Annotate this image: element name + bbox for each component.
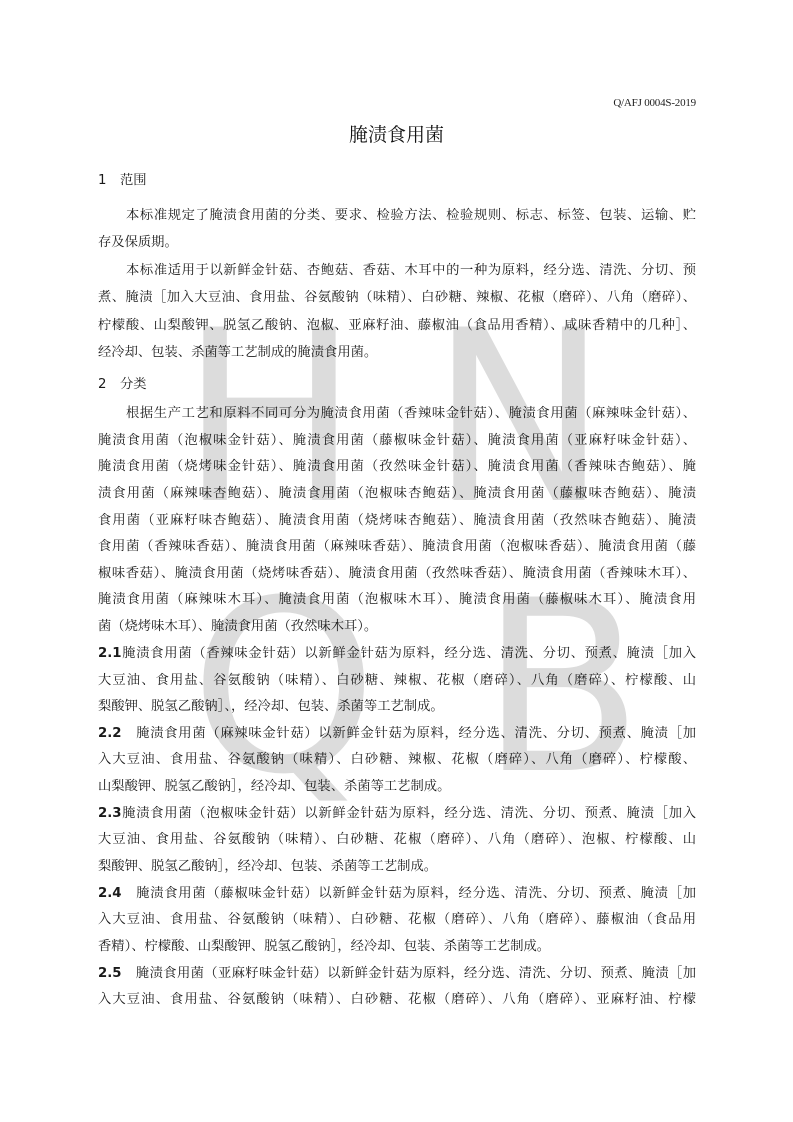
document-title: 腌渍食用菌 xyxy=(0,120,793,147)
clause-number: 2.2 xyxy=(98,726,122,741)
paragraph-line: 入大豆油、食用盐、谷氨酸钠（味精）、白砂糖、花椒（磨碎）、八角（磨碎）、藤椒油（… xyxy=(98,910,696,930)
clause-2-1-line: 2.1腌渍食用菌（香辣味金针菇）以新鲜金针菇为原料，经分选、清洗、分切、预煮、腌… xyxy=(98,644,696,664)
paragraph-line: 腌渍食用菌（泡椒味金针菇）、腌渍食用菌（藤椒味金针菇）、腌渍食用菌（亚麻籽味金针… xyxy=(98,431,696,451)
paragraph-line: 山梨酸钾、脱氢乙酸钠］，经冷却、包装、杀菌等工艺制成。 xyxy=(98,777,696,797)
clause-number: 2.4 xyxy=(98,886,122,901)
section-title: 范围 xyxy=(120,173,147,188)
document-page: H N Q B Q/AFJ 0004S-2019 腌渍食用菌 1范围 本标准规定… xyxy=(0,0,793,1122)
paragraph-line: 柠檬酸、山梨酸钾、脱氢乙酸钠、泡椒、亚麻籽油、藤椒油（食品用香精）、咸味香精中的… xyxy=(98,316,696,336)
paragraph-line: 大豆油、食用盐、谷氨酸钠（味精）、白砂糖、花椒（磨碎）、八角（磨碎）、泡椒、柠檬… xyxy=(98,830,696,850)
clause-2-2-line: 2.2腌渍食用菌（麻辣味金针菇）以新鲜金针菇为原料，经分选、清洗、分切、预煮、腌… xyxy=(98,724,696,744)
paragraph-line: 食用菌（香辣味香菇）、腌渍食用菌（麻辣味香菇）、腌渍食用菌（泡椒味香菇）、腌渍食… xyxy=(98,537,696,557)
paragraph-line: 食用菌（亚麻籽味杏鲍菇）、腌渍食用菌（烧烤味杏鲍菇）、腌渍食用菌（孜然味杏鲍菇）… xyxy=(98,511,696,531)
paragraph-line: 菌（烧烤味木耳）、腌渍食用菌（孜然味木耳）。 xyxy=(98,617,696,637)
clause-number: 2.3 xyxy=(98,806,122,821)
clause-text: 腌渍食用菌（亚麻籽味金针菇）以新鲜金针菇为原料，经分选、清洗、分切、预煮、腌渍［… xyxy=(136,966,696,981)
paragraph-line: 梨酸钾、脱氢乙酸钠］，经冷却、包装、杀菌等工艺制成。 xyxy=(98,857,696,877)
paragraph-line: 腌渍食用菌（烧烤味金针菇）、腌渍食用菌（孜然味金针菇）、腌渍食用菌（香辣味杏鲍菇… xyxy=(98,457,696,477)
paragraph-line: 椒味香菇）、腌渍食用菌（烧烤味香菇）、腌渍食用菌（孜然味香菇）、腌渍食用菌（香辣… xyxy=(98,564,696,584)
paragraph-line: 大豆油、食用盐、谷氨酸钠（味精）、白砂糖、辣椒、花椒（磨碎）、八角（磨碎）、柠檬… xyxy=(98,671,696,691)
paragraph-line: 入大豆油、食用盐、谷氨酸钠（味精）、白砂糖、辣椒、花椒（磨碎）、八角（磨碎）、柠… xyxy=(98,750,696,770)
paragraph-line: 根据生产工艺和原料不同可分为腌渍食用菌（香辣味金针菇）、腌渍食用菌（麻辣味金针菇… xyxy=(126,404,696,424)
paragraph-line: 煮、腌渍［加入大豆油、食用盐、谷氨酸钠（味精）、白砂糖、辣椒、花椒（磨碎）、八角… xyxy=(98,288,696,308)
paragraph-line: 本标准适用于以新鲜金针菇、杏鲍菇、香菇、木耳中的一种为原料，经分选、清洗、分切、… xyxy=(126,261,696,281)
paragraph-line: 香精）、柠檬酸、山梨酸钾、脱氢乙酸钠］，经冷却、包装、杀菌等工艺制成。 xyxy=(98,937,696,957)
paragraph-line: 存及保质期。 xyxy=(98,233,696,253)
section-2-heading: 2分类 xyxy=(98,375,147,395)
paragraph-line: 渍食用菌（麻辣味杏鲍菇）、腌渍食用菌（泡椒味杏鲍菇）、腌渍食用菌（藤椒味杏鲍菇）… xyxy=(98,484,696,504)
section-title: 分类 xyxy=(120,377,147,392)
clause-text: 腌渍食用菌（麻辣味金针菇）以新鲜金针菇为原料，经分选、清洗、分切、预煮、腌渍［加 xyxy=(136,726,696,741)
paragraph-line: 入大豆油、食用盐、谷氨酸钠（味精）、白砂糖、花椒（磨碎）、八角（磨碎）、亚麻籽油… xyxy=(98,990,696,1010)
clause-text: 腌渍食用菌（藤椒味金针菇）以新鲜金针菇为原料，经分选、清洗、分切、预煮、腌渍［加 xyxy=(136,886,696,901)
clause-text: 腌渍食用菌（泡椒味金针菇）以新鲜金针菇为原料，经分选、清洗、分切、预煮、腌渍［加… xyxy=(122,806,696,821)
paragraph-line: 本标准规定了腌渍食用菌的分类、要求、检验方法、检验规则、标志、标签、包装、运输、… xyxy=(126,206,696,226)
clause-2-4-line: 2.4腌渍食用菌（藤椒味金针菇）以新鲜金针菇为原料，经分选、清洗、分切、预煮、腌… xyxy=(98,884,696,904)
clause-number: 2.5 xyxy=(98,966,122,981)
paragraph-line: 腌渍食用菌（麻辣味木耳）、腌渍食用菌（泡椒味木耳）、腌渍食用菌（藤椒味木耳）、腌… xyxy=(98,590,696,610)
section-number: 2 xyxy=(98,375,120,395)
paragraph-line: 经冷却、包装、杀菌等工艺制成的腌渍食用菌。 xyxy=(98,343,696,363)
paragraph-line: 梨酸钾、脱氢乙酸钠］、，经冷却、包装、杀菌等工艺制成。 xyxy=(98,697,696,717)
document-code: Q/AFJ 0004S-2019 xyxy=(613,97,696,109)
clause-text: 腌渍食用菌（香辣味金针菇）以新鲜金针菇为原料，经分选、清洗、分切、预煮、腌渍［加… xyxy=(122,646,696,661)
clause-2-5-line: 2.5腌渍食用菌（亚麻籽味金针菇）以新鲜金针菇为原料，经分选、清洗、分切、预煮、… xyxy=(98,964,696,984)
section-1-heading: 1范围 xyxy=(98,171,147,191)
clause-number: 2.1 xyxy=(98,646,122,661)
section-number: 1 xyxy=(98,171,120,191)
clause-2-3-line: 2.3腌渍食用菌（泡椒味金针菇）以新鲜金针菇为原料，经分选、清洗、分切、预煮、腌… xyxy=(98,804,696,824)
